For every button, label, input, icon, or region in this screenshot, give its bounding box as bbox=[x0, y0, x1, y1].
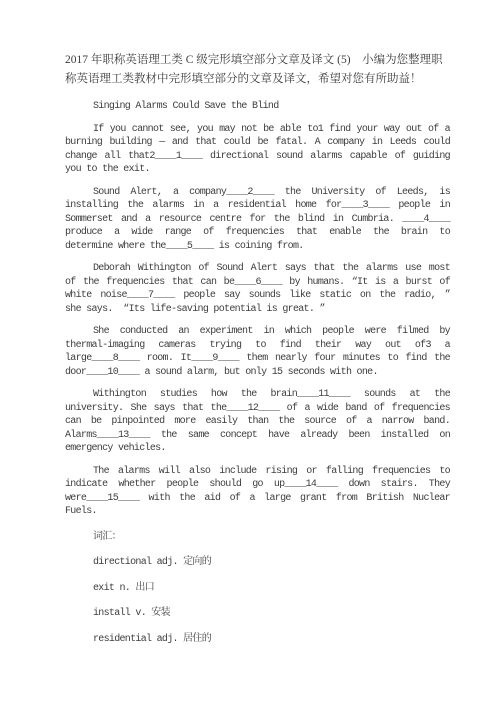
paragraph: Withington studies how the brain____11__… bbox=[65, 388, 450, 456]
text-line: Sound Alert, a company____2____ the Univ… bbox=[65, 186, 450, 200]
text-line: produce a wide range of frequencies that… bbox=[65, 226, 450, 240]
text-line: The alarms will also include rising or f… bbox=[65, 465, 450, 479]
text-line: were____15____ with the aid of a large g… bbox=[65, 492, 450, 506]
text-line: university. She says that the____12____ … bbox=[65, 402, 450, 416]
text-line: large____8____ room. It____9____ them ne… bbox=[65, 352, 450, 366]
paragraph: Sound Alert, a company____2____ the Univ… bbox=[65, 186, 450, 254]
paragraph: The alarms will also include rising or f… bbox=[65, 465, 450, 519]
document-title: 2017 年职称英语理工类 C 级完形填空部分文章及译文 (5) 小编为您整理职… bbox=[65, 51, 450, 89]
text-line: Sommerset and a resource centre for the … bbox=[65, 213, 450, 227]
text-line: can be pinpointed more easily than the s… bbox=[65, 415, 450, 429]
paragraph: Deborah Withington of Sound Alert says t… bbox=[65, 262, 450, 316]
text-line: thermal-imaging cameras trying to find t… bbox=[65, 339, 450, 353]
text-line: white noise____7____ people say sounds l… bbox=[65, 289, 450, 303]
text-line: of the frequencies that can be____6____ … bbox=[65, 276, 450, 290]
text-line: Withington studies how the brain____11__… bbox=[65, 388, 450, 402]
text-line: Deborah Withington of Sound Alert says t… bbox=[65, 262, 450, 276]
vocab-item: exit n. 出口 bbox=[65, 582, 450, 596]
text-line: change all that2____1____ directional so… bbox=[65, 150, 450, 164]
paragraph: If you cannot see, you may not be able t… bbox=[65, 123, 450, 177]
text-line: you to the exit. bbox=[65, 163, 450, 177]
text-line: determine where the____5____ is coining … bbox=[65, 240, 450, 254]
text-line: installing the alarms in a residential h… bbox=[65, 199, 450, 213]
text-line: She conducted an experiment in which peo… bbox=[65, 325, 450, 339]
text-line: Fuels. bbox=[65, 505, 450, 519]
vocab-item: install v. 安装 bbox=[65, 607, 450, 621]
text-line: door____10____ a sound alarm, but only 1… bbox=[65, 366, 450, 380]
article-heading: Singing Alarms Could Save the Blind bbox=[65, 100, 450, 114]
title-line-1: 2017 年职称英语理工类 C 级完形填空部分文章及译文 (5) 小编为您整理职 bbox=[65, 51, 450, 70]
document-page: 2017 年职称英语理工类 C 级完形填空部分文章及译文 (5) 小编为您整理职… bbox=[0, 0, 496, 702]
paragraph: She conducted an experiment in which peo… bbox=[65, 325, 450, 379]
vocab-item: residential adj. 居住的 bbox=[65, 633, 450, 647]
title-line-2: 称英语理工类教材中完形填空部分的文章及译文，希望对您有所助益！ bbox=[65, 70, 450, 89]
vocab-label: 词汇： bbox=[65, 531, 450, 545]
text-line: burning building — and that could be fat… bbox=[65, 136, 450, 150]
text-line: she says. “Its life-saving potential is … bbox=[65, 303, 450, 317]
text-line: If you cannot see, you may not be able t… bbox=[65, 123, 450, 137]
text-line: indicate whether people should go up____… bbox=[65, 478, 450, 492]
text-line: emergency vehicles. bbox=[65, 442, 450, 456]
text-line: Alarms____13____ the same concept have a… bbox=[65, 429, 450, 443]
vocab-item: directional adj. 定向的 bbox=[65, 556, 450, 570]
